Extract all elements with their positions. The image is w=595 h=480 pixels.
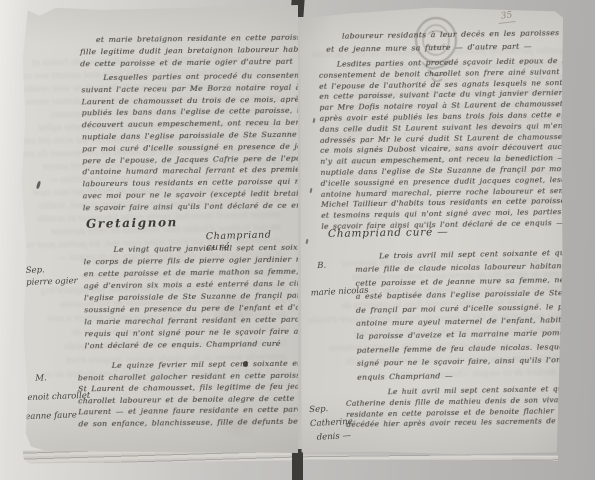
- burial-record-catherine-denis: Le huit avril mil sept cent soixante et …: [346, 384, 563, 431]
- marriage-record-body: Lesdites parties ont procedé sçavoir led…: [319, 56, 562, 232]
- handwritten-line: pierre ogier: [26, 276, 78, 289]
- marriage-record-end-clause: laboureur residants à leur decés en les …: [326, 26, 558, 56]
- baptism-record-marie-nicolas: Le trois avril mil sept cent soixante et…: [355, 246, 563, 384]
- signature-gretaignon: Gretaignon: [86, 215, 178, 231]
- ink-blot: [243, 361, 248, 367]
- page-number: 35: [497, 10, 516, 24]
- left-page: Lesdites parties ont procedé sçavoir led…: [20, 5, 298, 453]
- handwritten-line: de son enfance, blanchisseuse, fille de …: [78, 416, 298, 430]
- handwritten-line: enquis Champriand —: [357, 367, 563, 384]
- marriage-record-bride-clause: et marie bretaignon residante en cette p…: [80, 32, 298, 71]
- handwritten-line: denis —: [316, 429, 353, 445]
- binding-tape-bottom: [292, 449, 303, 480]
- burial-record-pierre-ogier: Le vingt quatre janvier mil sept cent so…: [83, 242, 298, 353]
- ink-mark: [306, 239, 309, 244]
- marriage-record-charollet-faure: Le quinze fevrier mil sept cent soixante…: [78, 358, 298, 430]
- right-page: Lesquelles parties ont procedé du consen…: [300, 6, 563, 456]
- book-block-edges-right: [301, 454, 558, 460]
- margin-note-sep-pierre-ogier: Sep.pierre ogier: [26, 264, 78, 289]
- signature-champriand-cure: Champriand curé —: [328, 226, 449, 240]
- marriage-record-body: Lesquelles parties ont procedé du consen…: [81, 70, 298, 214]
- manuscript-scan: Lesdites parties ont procedé sçavoir led…: [0, 0, 595, 480]
